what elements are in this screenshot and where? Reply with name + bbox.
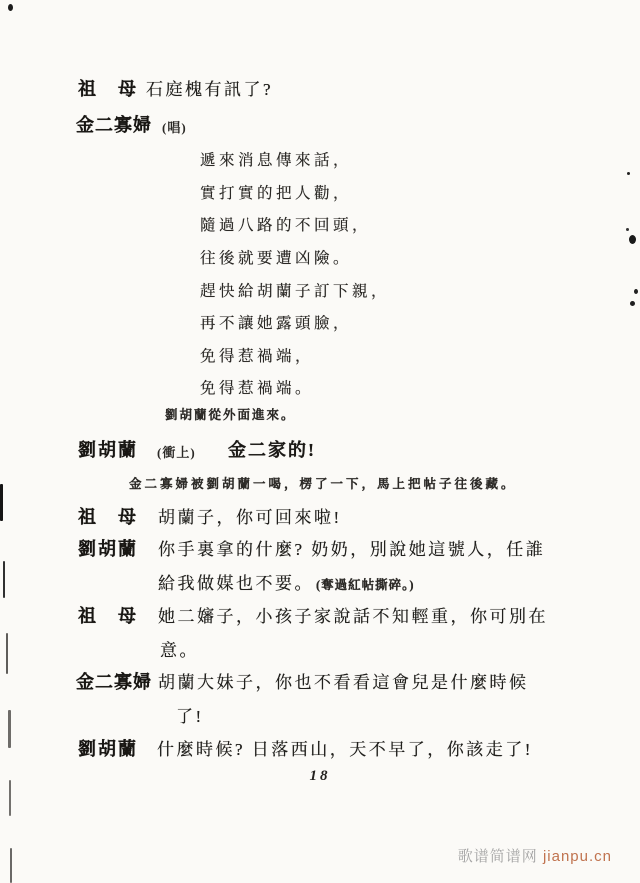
dialogue-text: 胡蘭大妹子，你也不看看這會兒是什麼時候 bbox=[158, 674, 529, 691]
dialogue-text: 金二家的! bbox=[228, 441, 316, 459]
dialogue-text-continued: 了! bbox=[176, 708, 204, 725]
scan-artifact-tick bbox=[8, 710, 11, 748]
page-number: 18 bbox=[0, 769, 640, 784]
dialogue-text: 胡蘭子，你可回來啦! bbox=[158, 509, 342, 526]
song-line: 實打實的把人勸， bbox=[200, 186, 352, 202]
song-line: 再不讓她露頭臉， bbox=[200, 316, 352, 332]
speaker-name: 祖 母 bbox=[78, 508, 138, 526]
speaker-name: 劉胡蘭 bbox=[78, 540, 138, 558]
scan-artifact-tick bbox=[0, 484, 3, 521]
scan-artifact-speck bbox=[8, 4, 13, 11]
stage-direction: 劉胡蘭從外面進來。 bbox=[165, 409, 296, 422]
dialogue-text-continued: 意。 bbox=[160, 642, 199, 659]
scan-artifact-speck bbox=[627, 172, 630, 175]
dialogue-text-continued: 給我做媒也不要。(奪過紅帖撕碎。) bbox=[158, 575, 415, 592]
speaker-name: 金二寡婦 bbox=[76, 673, 152, 691]
scan-artifact-speck bbox=[626, 228, 629, 231]
watermark-site-name: 歌谱简谱网 bbox=[458, 848, 538, 865]
scan-artifact-tick bbox=[3, 561, 5, 598]
scan-artifact-tick bbox=[10, 848, 12, 883]
speaker-name: 祖 母 bbox=[78, 607, 138, 625]
song-line: 趕快給胡蘭子訂下親， bbox=[200, 284, 390, 300]
scan-artifact-speck bbox=[630, 301, 635, 306]
speaker-name: 祖 母 bbox=[78, 80, 138, 98]
stage-note: (衝上) bbox=[157, 446, 196, 459]
stage-note: (唱) bbox=[162, 121, 187, 134]
dialogue-text: 她二嬸子，小孩子家說話不知輕重，你可別在 bbox=[158, 608, 548, 625]
song-line: 免得惹禍端， bbox=[200, 349, 314, 365]
song-line: 遞來消息傳來話， bbox=[200, 153, 352, 169]
dialogue-text: 什麼時候? 日落西山，天不早了，你該走了! bbox=[157, 741, 533, 758]
scanned-script-page: 祖 母 石庭槐有訊了? 金二寡婦 (唱) 遞來消息傳來話， 實打實的把人勸， 隨… bbox=[0, 0, 640, 883]
dialogue-text: 石庭槐有訊了? bbox=[146, 81, 273, 98]
speaker-name: 劉胡蘭 bbox=[78, 441, 138, 459]
speaker-name: 劉胡蘭 bbox=[78, 740, 138, 758]
dialogue-text: 你手裏拿的什麼? 奶奶，別說她這號人，任誰 bbox=[158, 541, 545, 558]
scan-artifact-tick bbox=[6, 633, 8, 674]
stage-direction: 金二寡婦被劉胡蘭一喝，楞了一下，馬上把帖子往後藏。 bbox=[129, 478, 517, 491]
speaker-name: 金二寡婦 bbox=[76, 116, 152, 134]
stage-note: (奪過紅帖撕碎。) bbox=[316, 578, 415, 592]
scan-artifact-speck bbox=[634, 289, 638, 294]
scan-artifact-speck bbox=[629, 235, 636, 244]
dialogue-text: 給我做媒也不要。 bbox=[158, 574, 314, 593]
scan-artifact-tick bbox=[9, 780, 11, 816]
song-line: 免得惹禍端。 bbox=[200, 381, 314, 397]
song-line: 隨過八路的不回頭， bbox=[200, 218, 371, 234]
song-line: 往後就要遭凶險。 bbox=[200, 251, 352, 267]
watermark: 歌谱简谱网 jianpu.cn bbox=[458, 845, 612, 866]
watermark-site-url: jianpu.cn bbox=[543, 848, 612, 865]
